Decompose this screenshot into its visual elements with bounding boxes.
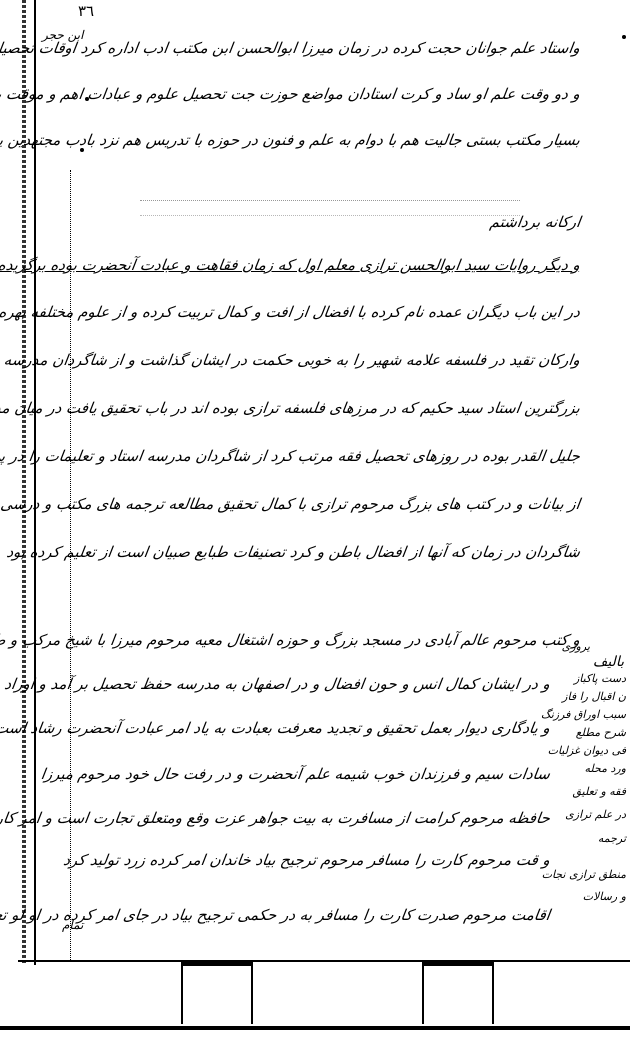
- text-line: جلیل القدر بوده در روزهای تحصیل فقه مرتب…: [99, 446, 582, 466]
- right-margin-note: شرح مطلع: [576, 726, 626, 740]
- ink-mark: [622, 35, 626, 39]
- text-line: واستاد علم جوانان حجت کرده در زمان میرزا…: [99, 38, 582, 58]
- right-margin-note: فی دیوان غزلیات: [548, 744, 626, 758]
- page-number: ٣٦: [78, 2, 94, 20]
- right-margin-note: دست پاکباز: [574, 672, 626, 686]
- text-line: و دو وقت علم او ساد و کرت استادان مواضع …: [99, 84, 582, 104]
- right-margin-note: و رسالات: [583, 890, 626, 904]
- page-bottom-edge: [18, 960, 630, 962]
- scan-bottom-line: [0, 1026, 630, 1030]
- text-line: در این باب دیگران عمده نام کرده با افضال…: [99, 302, 582, 322]
- faded-text-line: [140, 200, 520, 216]
- binding-box-left: [181, 962, 253, 1024]
- binding-box-right: [422, 962, 494, 1024]
- text-line: و کتب مرحوم عالم آبادی در مسجد بزرگ و حو…: [109, 630, 582, 650]
- right-margin-note: در علم ترازی: [565, 808, 626, 822]
- text-line: و قت مرحوم کارت را مسافر مرحوم ترجیح بیا…: [99, 850, 552, 870]
- right-margin-note: سبب اوراق فرزنگ: [541, 708, 626, 722]
- right-margin-note: ن اقبال را فاز: [562, 690, 626, 704]
- right-margin-note: بالیف: [593, 655, 624, 669]
- text-line: ارکانه برداشتم: [488, 212, 581, 232]
- dotted-margin-rule: [70, 170, 72, 960]
- text-line: و در ایشان کمال انس و حون افضال و در اصف…: [99, 674, 552, 694]
- bottom-left-note: تمام: [62, 918, 83, 932]
- right-margin-note: فقه و تعلیق: [572, 785, 626, 799]
- text-line: حافظه مرحوم کرامت از مسافرت به بیت جواهر…: [99, 808, 552, 828]
- right-margin-note: ترجمه: [598, 832, 626, 846]
- manuscript-page: ٣٦ ابن حجر واستاد علم جوانان حجت کرده در…: [0, 0, 630, 1038]
- text-line: و دیگر روایات سید ابوالحسن ترازی معلم او…: [99, 255, 582, 275]
- text-line: از بیانات و در کتب های بزرگ مرحوم ترازی …: [99, 494, 582, 514]
- text-line: سادات سیم و فرزندان خوب شیمه علم آنحضرت …: [99, 764, 552, 784]
- text-line: بزرگترین استاد سید حکیم که در مرزهای فلس…: [99, 398, 582, 418]
- right-margin-note: ورد محله: [584, 762, 626, 776]
- text-line: وارکان تقید در فلسفه علامه شهیر را به خو…: [99, 350, 582, 370]
- right-margin-note: یروزی: [562, 640, 590, 654]
- right-margin-note: منطق ترازی نجات: [542, 868, 626, 882]
- text-line: و یادگاری دیوار بعمل تحقیق و تجدید معرفت…: [99, 718, 552, 738]
- text-line: شاگردان در زمان که آنها از افضال باطن و …: [99, 542, 582, 562]
- text-line: بسیار مکتب بستی جالیت هم با دوام به علم …: [99, 130, 582, 150]
- text-line: اقامت مرحوم صدرت کارت را مسافر به در حکم…: [99, 905, 552, 925]
